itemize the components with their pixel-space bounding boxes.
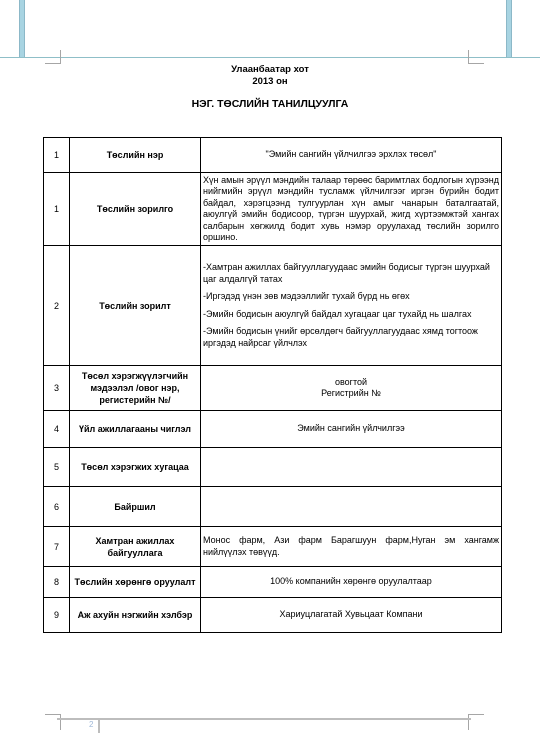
row-label: Аж ахуйн нэгжийн хэлбэр [70, 598, 201, 633]
table-row: 4 Үйл ажиллагааны чиглэл Эмийн сангийн ү… [44, 411, 502, 448]
row-number: 7 [44, 527, 70, 567]
row-number: 6 [44, 487, 70, 527]
table-row: 9 Аж ахуйн нэгжийн хэлбэр Хариуцлагатай … [44, 598, 502, 633]
row-value: Монос фарм, Ази фарм Барагшуун фарм,Нуга… [201, 527, 502, 567]
row-number: 4 [44, 411, 70, 448]
row-label: Байршил [70, 487, 201, 527]
row-number: 1 [44, 173, 70, 246]
row-number: 1 [44, 138, 70, 173]
page-left-edge-marker [19, 0, 25, 57]
footer-tick [98, 719, 100, 733]
row-label: Төслийн зорилт [70, 246, 201, 366]
city-heading: Улаанбаатар хот [0, 64, 540, 75]
year-heading: 2013 он [0, 76, 540, 87]
row-label: Төсөл хэрэгжих хугацаа [70, 448, 201, 487]
row-value: Эмийн сангийн үйлчилгээ [201, 411, 502, 448]
surname-field: овогтой [203, 377, 499, 389]
footer-line [57, 718, 471, 720]
table-row: 7 Хамтран ажиллах байгууллага Монос фарм… [44, 527, 502, 567]
row-number: 2 [44, 246, 70, 366]
row-label: Хамтран ажиллах байгууллага [70, 527, 201, 567]
crop-mark-top-left [60, 50, 61, 64]
row-label: Үйл ажиллагааны чиглэл [70, 411, 201, 448]
crop-mark-top-right [468, 50, 469, 64]
table-row: 5 Төсөл хэрэгжих хугацаа [44, 448, 502, 487]
section-title: НЭГ. ТӨСЛИЙН ТАНИЛЦУУЛГА [0, 98, 540, 110]
row-number: 8 [44, 567, 70, 598]
row-value: Хүн амын эрүүл мэндийн талаар төрөөс бар… [201, 173, 502, 246]
objective-item: -Эмийн бодисын үнийг өрсөлдөгч байгуулла… [203, 326, 499, 349]
table-row: 1 Төслийн нэр "Эмийн сангийн үйлчилгээ э… [44, 138, 502, 173]
header-boundary-line [0, 57, 540, 58]
row-value [201, 487, 502, 527]
register-number-field: Регистрийн № [203, 388, 499, 400]
objective-item: -Иргэдэд үнэн зөв мэдээллийг тухай бүрд … [203, 291, 499, 303]
row-label: Төслийн нэр [70, 138, 201, 173]
row-value [201, 448, 502, 487]
table-row: 1 Төслийн зорилго Хүн амын эрүүл мэндийн… [44, 173, 502, 246]
project-info-table: 1 Төслийн нэр "Эмийн сангийн үйлчилгээ э… [43, 137, 502, 633]
objective-item: -Хамтран ажиллах байгууллагуудаас эмийн … [203, 262, 499, 285]
document-page: Улаанбаатар хот 2013 он НЭГ. ТӨСЛИЙН ТАН… [0, 0, 540, 756]
row-label: Төслийн хөрөнгө оруулалт [70, 567, 201, 598]
crop-mark-bottom-right [468, 714, 469, 730]
crop-mark-bottom-left [60, 714, 61, 730]
crop-mark-bottom-left-h [45, 714, 61, 715]
table-row: 2 Төслийн зорилт -Хамтран ажиллах байгуу… [44, 246, 502, 366]
table-row: 3 Төсөл хэрэгжүүлэгчийн мэдээлэл /овог н… [44, 366, 502, 411]
row-label: Төслийн зорилго [70, 173, 201, 246]
crop-mark-bottom-right-h [468, 714, 484, 715]
row-number: 9 [44, 598, 70, 633]
table-row: 6 Байршил [44, 487, 502, 527]
objective-item: -Эмийн бодисын аюулгүй байдал хугацааг ц… [203, 309, 499, 321]
row-value-list: -Хамтран ажиллах байгууллагуудаас эмийн … [201, 246, 502, 366]
row-label: Төсөл хэрэгжүүлэгчийн мэдээлэл /овог нэр… [70, 366, 201, 411]
row-value: "Эмийн сангийн үйлчилгээ эрхлэх төсөл" [201, 138, 502, 173]
row-value: 100% компанийн хөрөнгө оруулалтаар [201, 567, 502, 598]
row-number: 3 [44, 366, 70, 411]
row-number: 5 [44, 448, 70, 487]
table-row: 8 Төслийн хөрөнгө оруулалт 100% компаний… [44, 567, 502, 598]
page-number: 2 [89, 720, 93, 729]
row-value: Хариуцлагатай Хувьцаат Компани [201, 598, 502, 633]
row-value: овогтой Регистрийн № [201, 366, 502, 411]
page-right-edge-marker [506, 0, 512, 57]
